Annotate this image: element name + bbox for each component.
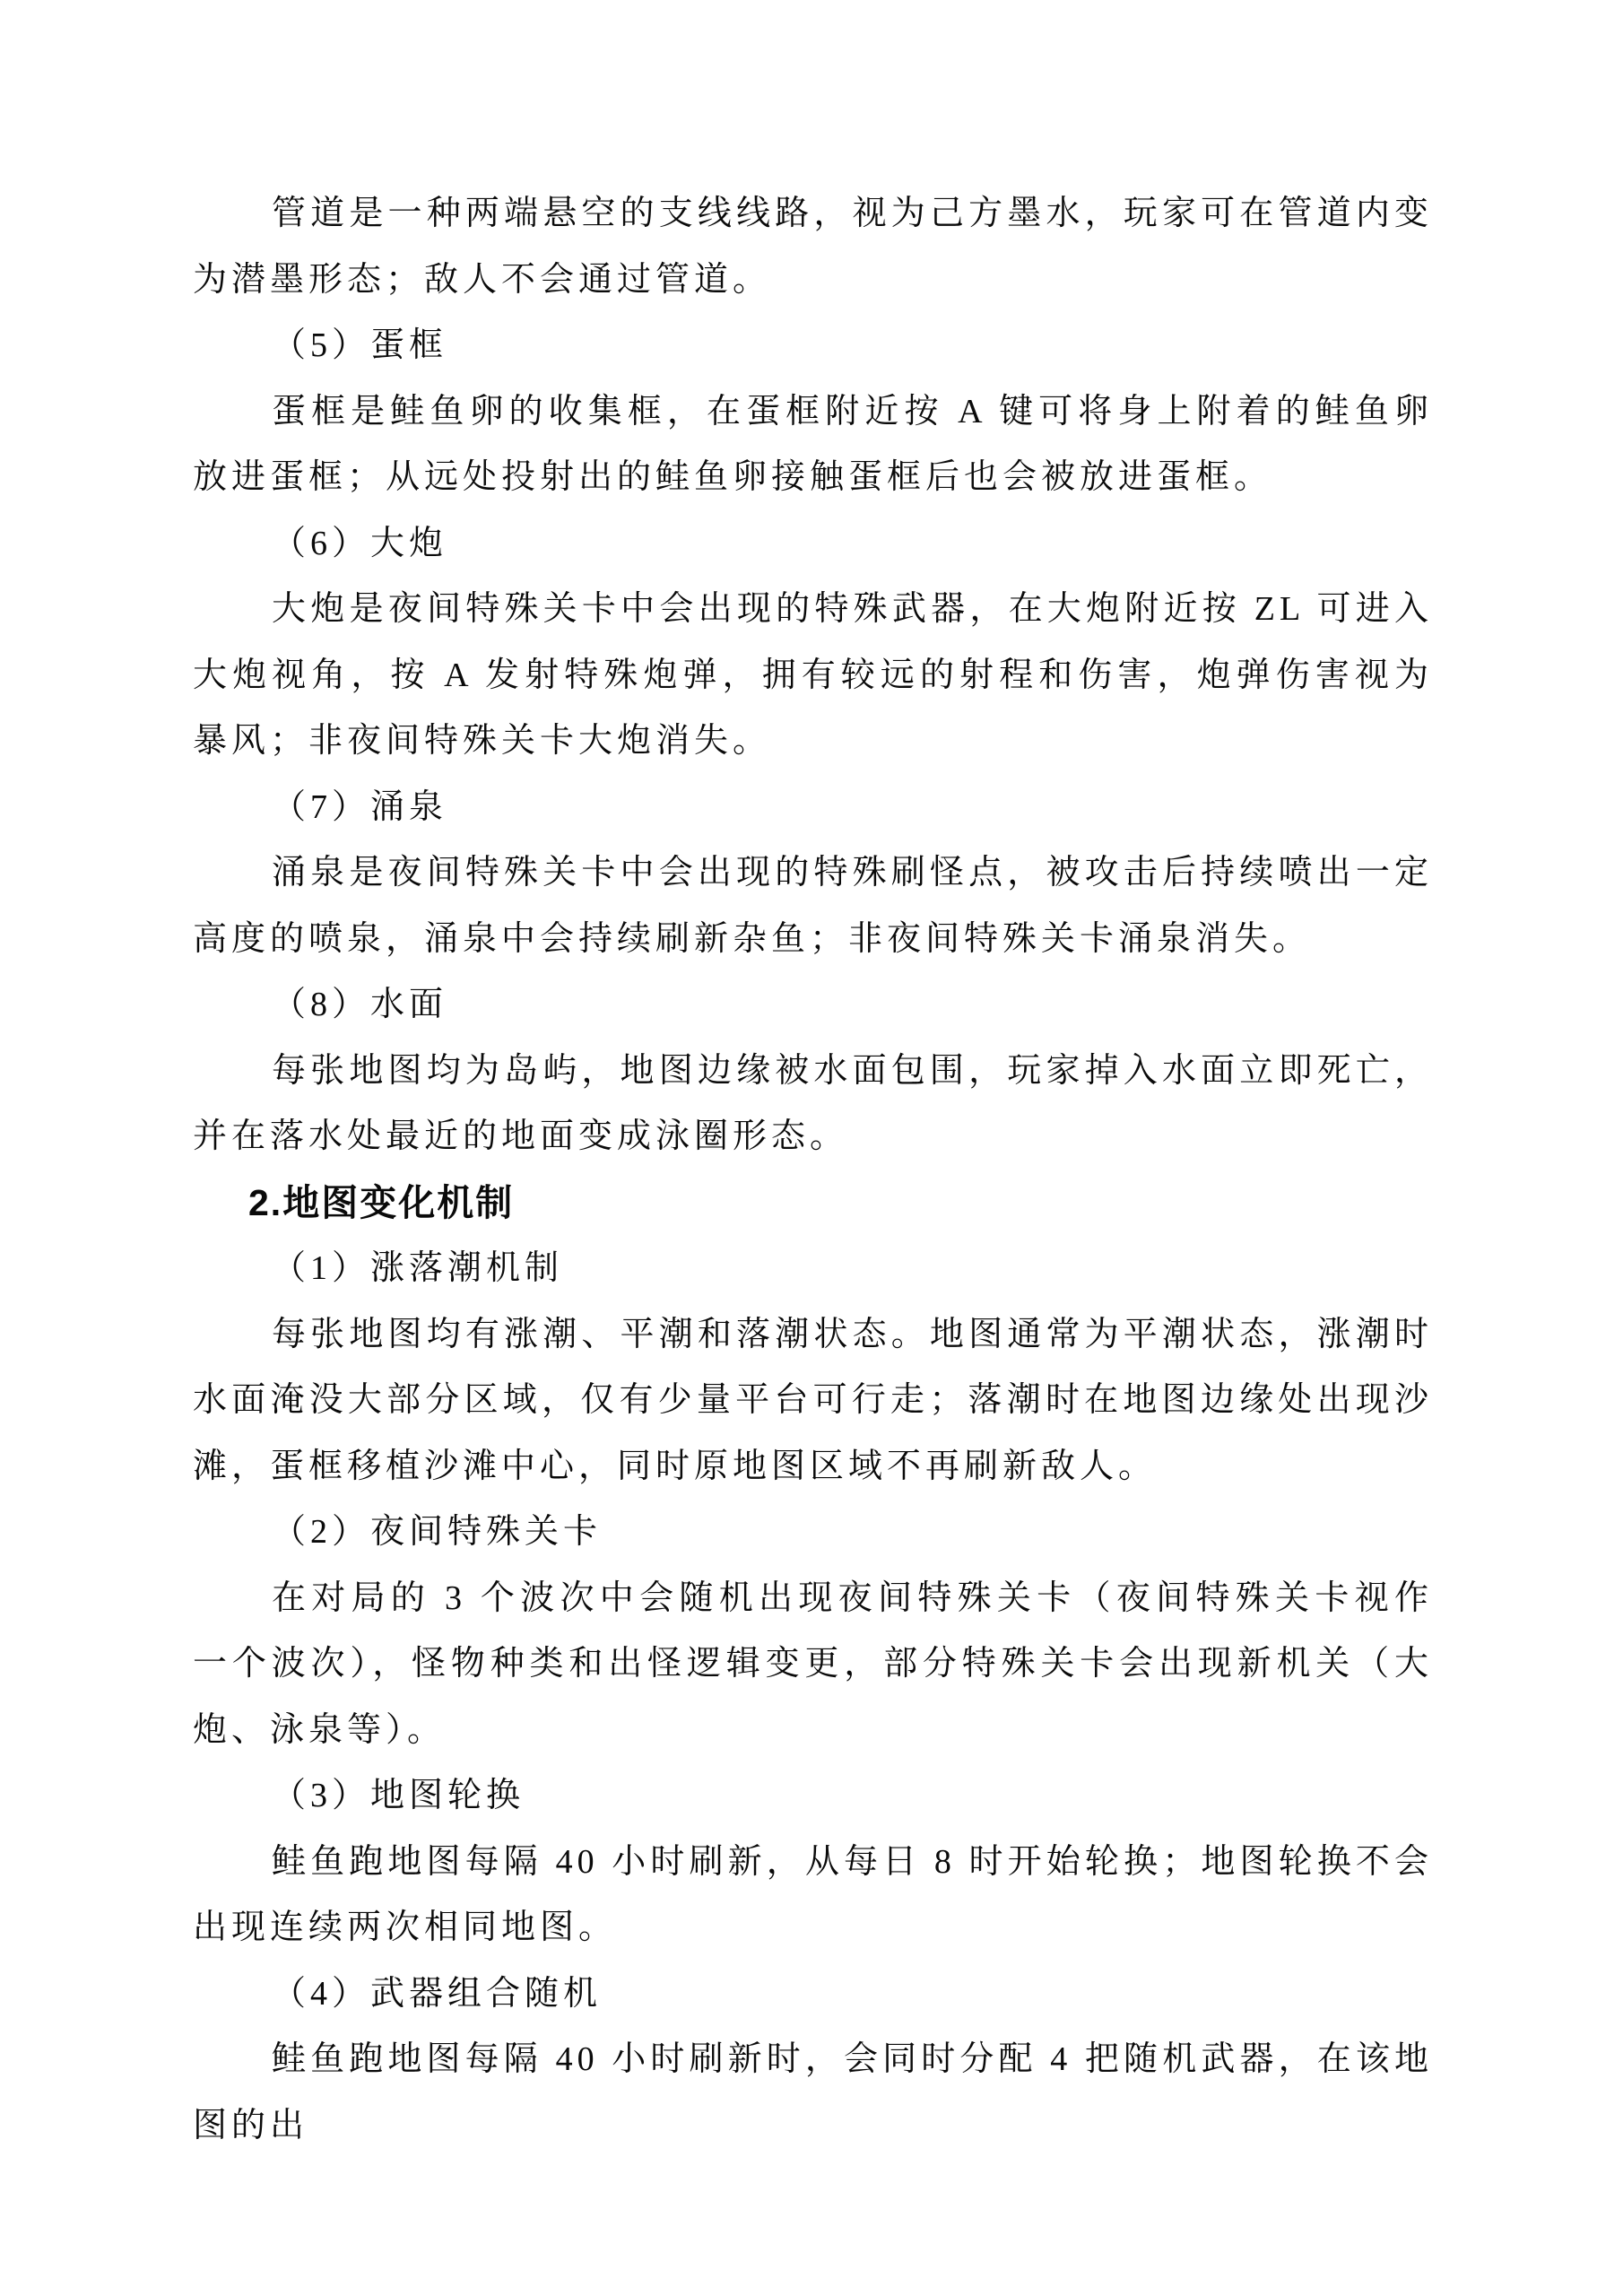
paragraph: 涌泉是夜间特殊关卡中会出现的特殊刷怪点，被攻击后持续喷出一定高度的喷泉，涌泉中会… xyxy=(193,840,1433,972)
numbered-item-heading: （2）夜间特殊关卡 xyxy=(193,1500,1433,1566)
document-content: 管道是一种两端悬空的支线线路，视为己方墨水，玩家可在管道内变为潜墨形态；敌人不会… xyxy=(193,181,1433,2159)
numbered-item-heading: （6）大炮 xyxy=(193,511,1433,578)
numbered-item-heading: （8）水面 xyxy=(193,972,1433,1039)
paragraph: 在对局的 3 个波次中会随机出现夜间特殊关卡（夜间特殊关卡视作一个波次），怪物种… xyxy=(193,1566,1433,1764)
paragraph: 大炮是夜间特殊关卡中会出现的特殊武器，在大炮附近按 ZL 可进入大炮视角，按 A… xyxy=(193,577,1433,775)
paragraph: 每张地图均为岛屿，地图边缘被水面包围，玩家掉入水面立即死亡，并在落水处最近的地面… xyxy=(193,1039,1433,1170)
numbered-item-heading: （5）蛋框 xyxy=(193,313,1433,379)
numbered-item-heading: （7）涌泉 xyxy=(193,775,1433,841)
numbered-item-heading: （4）武器组合随机 xyxy=(193,1961,1433,2028)
paragraph: 蛋框是鲑鱼卵的收集框，在蛋框附近按 A 键可将身上附着的鲑鱼卵放进蛋框；从远处投… xyxy=(193,379,1433,511)
paragraph: 每张地图均有涨潮、平潮和落潮状态。地图通常为平潮状态，涨潮时水面淹没大部分区域，… xyxy=(193,1302,1433,1500)
section-heading: 2.地图变化机制 xyxy=(193,1170,1433,1237)
numbered-item-heading: （1）涨落潮机制 xyxy=(193,1236,1433,1302)
document-page: 管道是一种两端悬空的支线线路，视为己方墨水，玩家可在管道内变为潜墨形态；敌人不会… xyxy=(0,0,1623,2296)
numbered-item-heading: （3）地图轮换 xyxy=(193,1763,1433,1830)
paragraph: 鲑鱼跑地图每隔 40 小时刷新，从每日 8 时开始轮换；地图轮换不会出现连续两次… xyxy=(193,1830,1433,1961)
paragraph: 鲑鱼跑地图每隔 40 小时刷新时，会同时分配 4 把随机武器，在该地图的出 xyxy=(193,2027,1433,2159)
paragraph: 管道是一种两端悬空的支线线路，视为己方墨水，玩家可在管道内变为潜墨形态；敌人不会… xyxy=(193,181,1433,313)
